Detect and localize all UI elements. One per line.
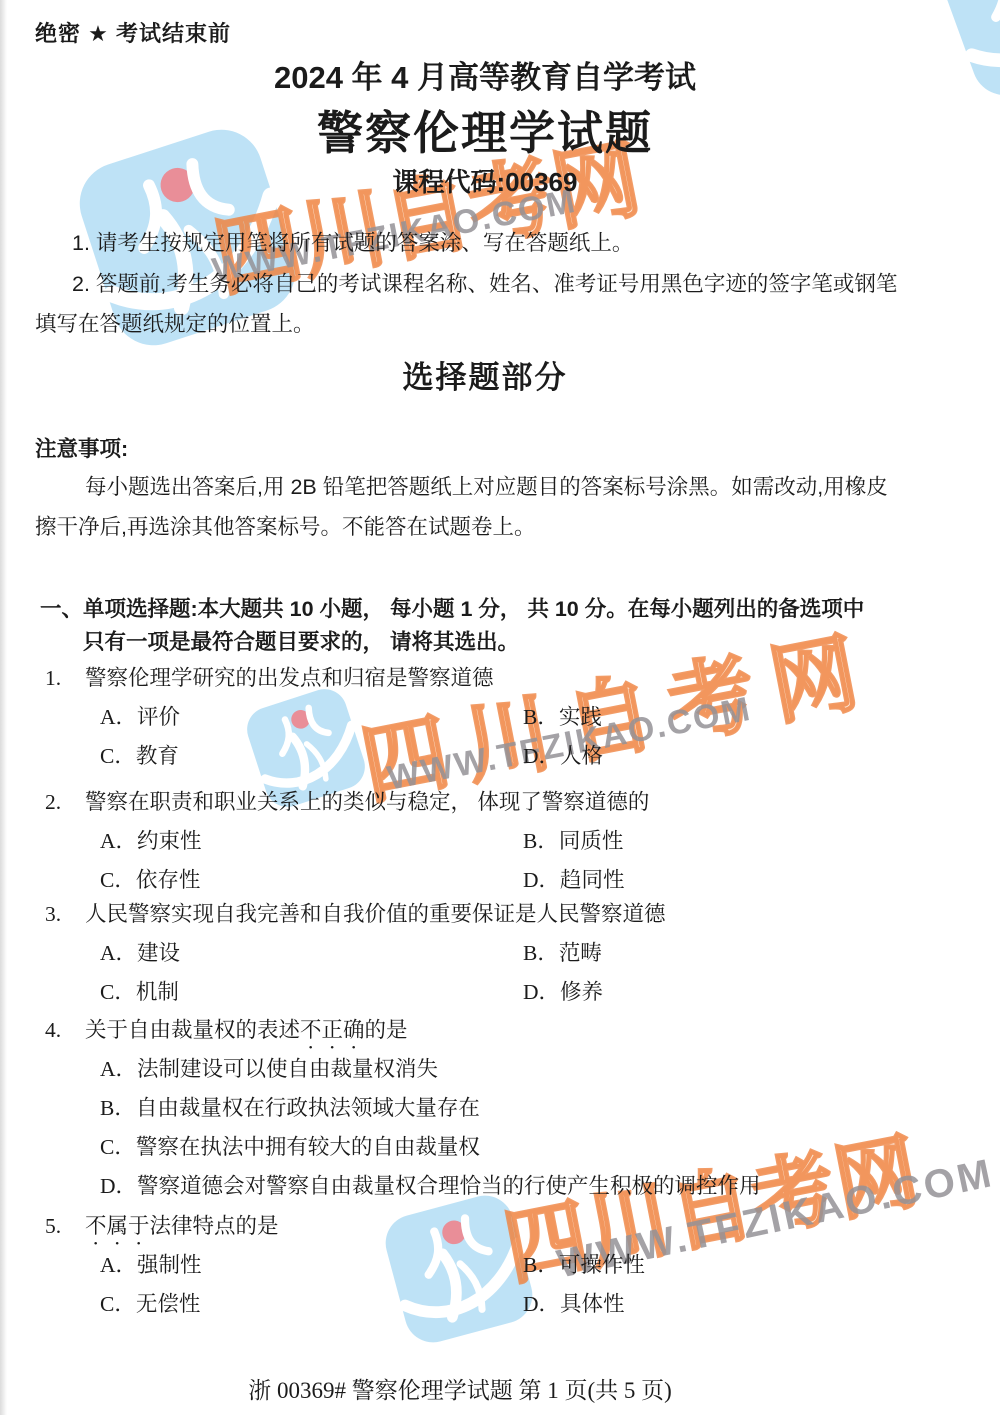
option-d: D．人格 <box>523 739 603 770</box>
option-c: C．警察在执法中拥有较大的自由裁量权 <box>100 1130 480 1161</box>
option-row: D．警察道德会对警察自由裁量权合理恰当的行使产生积极的调控作用 <box>45 1169 975 1208</box>
option-b: B．范畴 <box>523 936 602 967</box>
option-a: A．建设 <box>100 936 180 967</box>
question-stem: 3.人民警察实现自我完善和自我价值的重要保证是人民警察道德 <box>45 897 666 928</box>
page-content: 绝密 ★ 考试结束前 2024 年 4 月高等教育自学考试 警察伦理学试题 课程… <box>0 0 1000 1415</box>
option-row: A．强制性B．可操作性 <box>45 1248 975 1287</box>
stem-text: 的是 <box>365 1018 408 1042</box>
option-b: B．实践 <box>523 700 602 731</box>
option-row: A．法制建设可以使自由裁量权消失 <box>45 1052 975 1091</box>
stem-text: 人民警察实现自我完善和自我价值的重要保证是人民警察道德 <box>85 902 666 926</box>
emphasized-stem-text: 不属于 <box>85 1214 150 1238</box>
option-row: A．约束性B．同质性 <box>45 824 975 863</box>
option-row: C．警察在执法中拥有较大的自由裁量权 <box>45 1130 975 1169</box>
option-c: C．机制 <box>100 975 179 1006</box>
option-row: A．建设B．范畴 <box>45 936 975 975</box>
option-a: A．评价 <box>100 700 180 731</box>
option-c: C．依存性 <box>100 863 200 894</box>
option-a: A．约束性 <box>100 824 202 855</box>
option-a: A．强制性 <box>100 1248 202 1279</box>
question-number: 5. <box>45 1214 85 1239</box>
option-row: C．教育D．人格 <box>45 739 975 778</box>
option-b: B．自由裁量权在行政执法领域大量存在 <box>100 1091 480 1122</box>
option-d: D．警察道德会对警察自由裁量权合理恰当的行使产生积极的调控作用 <box>100 1169 761 1200</box>
option-c: C．教育 <box>100 739 179 770</box>
option-b: B．同质性 <box>523 824 623 855</box>
option-d: D．修养 <box>523 975 603 1006</box>
stem-text: 法律特点的是 <box>150 1214 279 1238</box>
question-stem: 2.警察在职责和职业关系上的类似与稳定， 体现了警察道德的 <box>45 785 649 816</box>
question-stem: 5.不属于法律特点的是 <box>45 1209 279 1250</box>
option-row: C．机制D．修养 <box>45 975 975 1014</box>
emphasized-stem-text: 不正确 <box>300 1018 365 1042</box>
option-c: C．无偿性 <box>100 1287 200 1318</box>
stem-text: 警察伦理学研究的出发点和归宿是警察道德 <box>85 666 494 690</box>
question-number: 3. <box>45 902 85 927</box>
option-row: C．无偿性D．具体性 <box>45 1287 975 1326</box>
option-row: A．评价B．实践 <box>45 700 975 739</box>
question-number: 1. <box>45 666 85 691</box>
option-b: B．可操作性 <box>523 1248 645 1279</box>
option-a: A．法制建设可以使自由裁量权消失 <box>100 1052 438 1083</box>
question-number: 2. <box>45 790 85 815</box>
stem-text: 关于自由裁量权的表述 <box>85 1018 300 1042</box>
stem-text: 警察在职责和职业关系上的类似与稳定， 体现了警察道德的 <box>85 790 649 814</box>
option-d: D．趋同性 <box>523 863 625 894</box>
option-d: D．具体性 <box>523 1287 625 1318</box>
option-row: B．自由裁量权在行政执法领域大量存在 <box>45 1091 975 1130</box>
question-stem: 4.关于自由裁量权的表述不正确的是 <box>45 1013 408 1054</box>
question-number: 4. <box>45 1018 85 1043</box>
questions-area: 1.警察伦理学研究的出发点和归宿是警察道德A．评价B．实践C．教育D．人格2.警… <box>0 0 1000 1415</box>
question-stem: 1.警察伦理学研究的出发点和归宿是警察道德 <box>45 661 494 692</box>
exam-page: 四川自考网WWW.TFZIKAO.COM 四川自考网WWW.TFZIKAO.CO… <box>0 0 1000 1415</box>
page-footer: 浙 00369# 警察伦理学试题 第 1 页(共 5 页) <box>0 1372 920 1405</box>
